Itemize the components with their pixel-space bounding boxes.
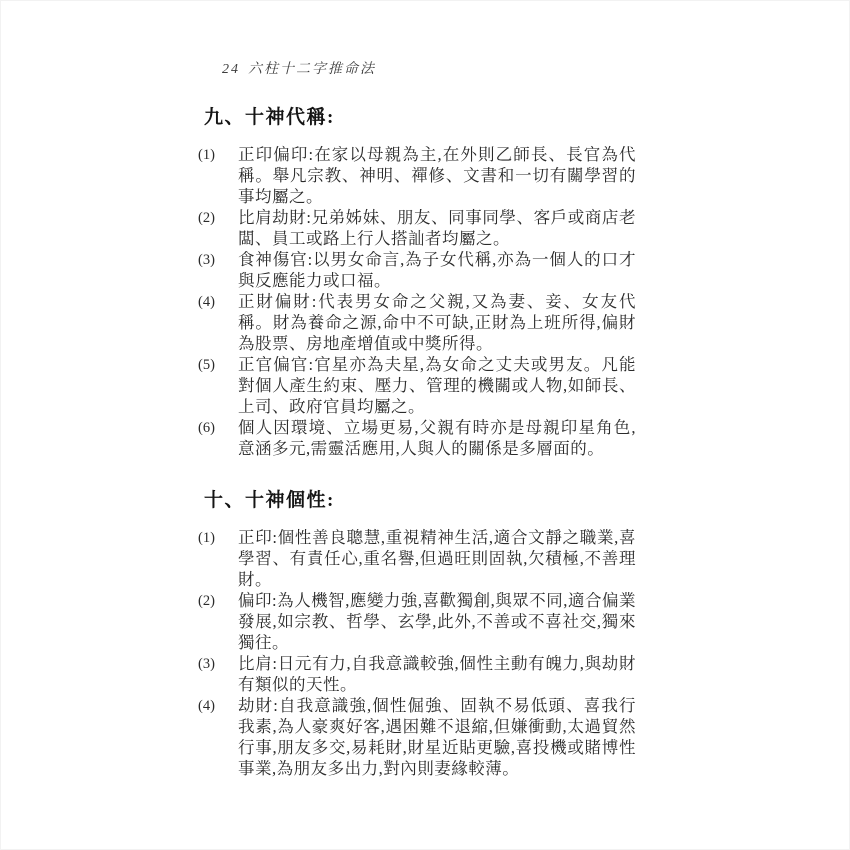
- list-item: (6) 個人因環境、立場更易,父親有時亦是母親印星角色,意涵多元,需靈活應用,人…: [198, 417, 636, 459]
- item-text: 個人因環境、立場更易,父親有時亦是母親印星角色,意涵多元,需靈活應用,人與人的關…: [238, 417, 636, 459]
- page-content: 24六柱十二字推命法 九、十神代稱: (1) 正印偏印:在家以母親為主,在外則乙…: [198, 58, 636, 783]
- item-text: 正官偏官:官星亦為夫星,為女命之丈夫或男友。凡能對個人產生約束、壓力、管理的機關…: [238, 354, 636, 417]
- list-item: (1) 正印偏印:在家以母親為主,在外則乙師長、長官為代稱。舉凡宗教、神明、禪修…: [198, 144, 636, 207]
- list-item: (4) 劫財:自我意識強,個性倔強、固執不易低頭、喜我行我素,為人豪爽好客,遇困…: [198, 695, 636, 779]
- item-text: 偏印:為人機智,應變力強,喜歡獨創,與眾不同,適合偏業發展,如宗教、哲學、玄學,…: [238, 590, 636, 653]
- item-text: 比肩劫財:兄弟姊妹、朋友、同事同學、客戶或商店老闆、員工或路上行人搭訕者均屬之。: [238, 207, 636, 249]
- item-number: (4): [198, 695, 238, 779]
- list-item: (3) 食神傷官:以男女命言,為子女代稱,亦為一個人的口才與反應能力或口福。: [198, 249, 636, 291]
- item-number: (3): [198, 249, 238, 291]
- section-ten-gods-personalities: 十、十神個性: (1) 正印:個性善良聰慧,重視精神生活,適合文靜之職業,喜學習…: [198, 485, 636, 779]
- section-heading: 九、十神代稱:: [204, 102, 636, 129]
- section-ten-gods-titles: 九、十神代稱: (1) 正印偏印:在家以母親為主,在外則乙師長、長官為代稱。舉凡…: [198, 102, 636, 459]
- list-item: (2) 偏印:為人機智,應變力強,喜歡獨創,與眾不同,適合偏業發展,如宗教、哲學…: [198, 590, 636, 653]
- item-number: (2): [198, 590, 238, 653]
- book-page: 24六柱十二字推命法 九、十神代稱: (1) 正印偏印:在家以母親為主,在外則乙…: [0, 0, 850, 850]
- item-text: 食神傷官:以男女命言,為子女代稱,亦為一個人的口才與反應能力或口福。: [238, 249, 636, 291]
- list-item: (5) 正官偏官:官星亦為夫星,為女命之丈夫或男友。凡能對個人產生約束、壓力、管…: [198, 354, 636, 417]
- item-number: (4): [198, 291, 238, 354]
- item-text: 正印偏印:在家以母親為主,在外則乙師長、長官為代稱。舉凡宗教、神明、禪修、文書和…: [238, 144, 636, 207]
- list-item: (1) 正印:個性善良聰慧,重視精神生活,適合文靜之職業,喜學習、有責任心,重名…: [198, 527, 636, 590]
- list-item: (2) 比肩劫財:兄弟姊妹、朋友、同事同學、客戶或商店老闆、員工或路上行人搭訕者…: [198, 207, 636, 249]
- item-number: (1): [198, 144, 238, 207]
- page-number: 24: [222, 62, 240, 77]
- running-header: 24六柱十二字推命法: [222, 58, 636, 78]
- item-text: 正財偏財:代表男女命之父親,又為妻、妾、女友代稱。財為養命之源,命中不可缺,正財…: [238, 291, 636, 354]
- section-heading: 十、十神個性:: [204, 485, 636, 512]
- item-text: 劫財:自我意識強,個性倔強、固執不易低頭、喜我行我素,為人豪爽好客,遇困難不退縮…: [238, 695, 636, 779]
- item-number: (3): [198, 653, 238, 695]
- item-text: 比肩:日元有力,自我意識較強,個性主動有魄力,與劫財有類似的天性。: [238, 653, 636, 695]
- list-item: (4) 正財偏財:代表男女命之父親,又為妻、妾、女友代稱。財為養命之源,命中不可…: [198, 291, 636, 354]
- item-number: (6): [198, 417, 238, 459]
- item-text: 正印:個性善良聰慧,重視精神生活,適合文靜之職業,喜學習、有責任心,重名譽,但過…: [238, 527, 636, 590]
- item-number: (5): [198, 354, 238, 417]
- item-number: (2): [198, 207, 238, 249]
- item-number: (1): [198, 527, 238, 590]
- list-item: (3) 比肩:日元有力,自我意識較強,個性主動有魄力,與劫財有類似的天性。: [198, 653, 636, 695]
- book-title: 六柱十二字推命法: [248, 62, 376, 77]
- item-list: (1) 正印偏印:在家以母親為主,在外則乙師長、長官為代稱。舉凡宗教、神明、禪修…: [198, 144, 636, 459]
- item-list: (1) 正印:個性善良聰慧,重視精神生活,適合文靜之職業,喜學習、有責任心,重名…: [198, 527, 636, 779]
